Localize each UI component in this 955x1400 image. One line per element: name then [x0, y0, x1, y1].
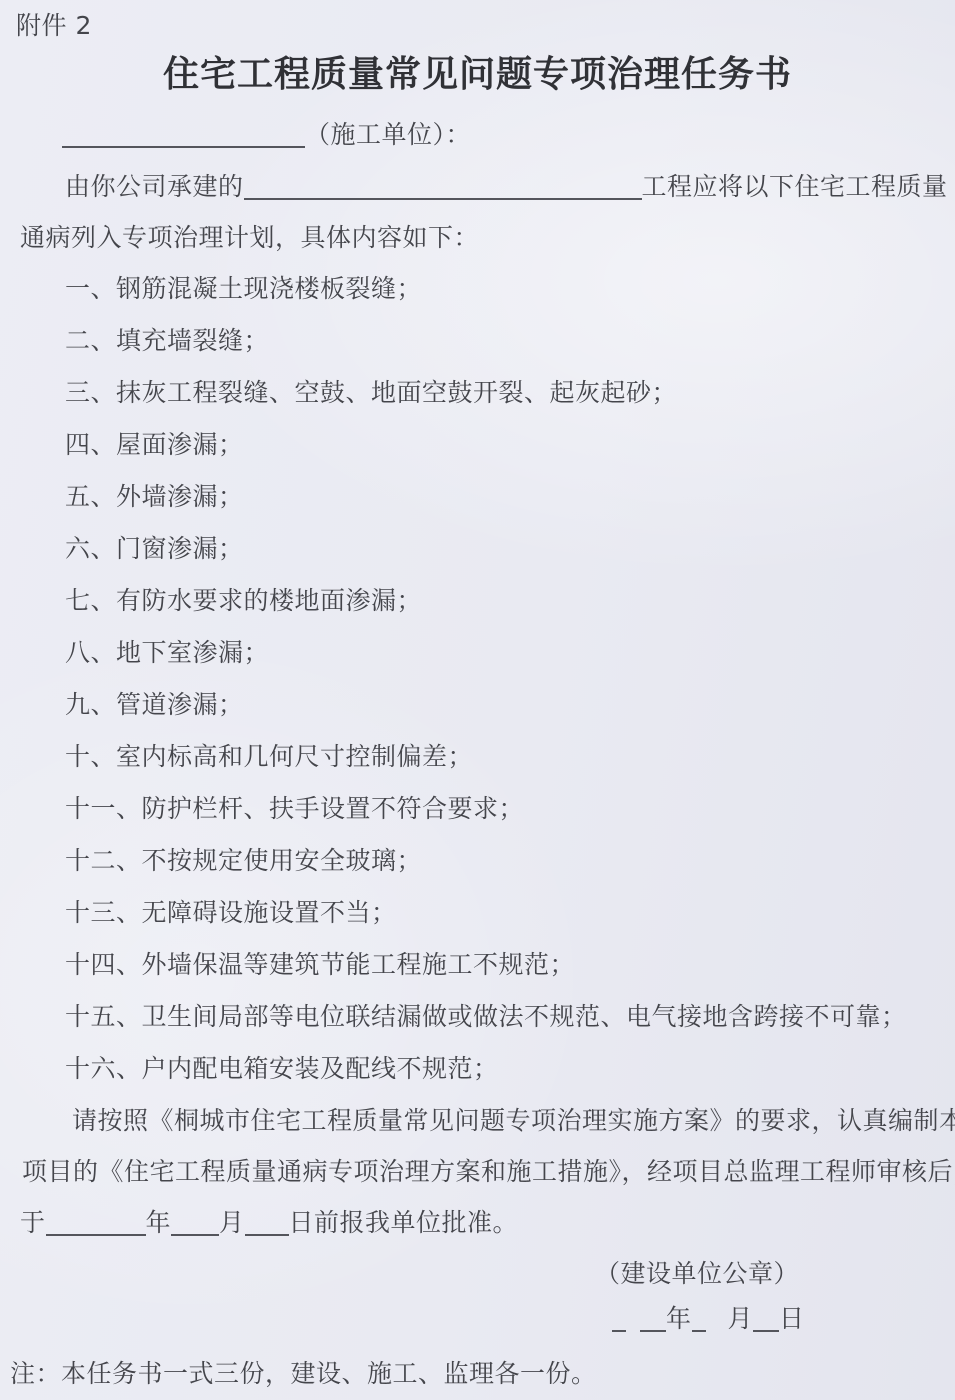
intro-suffix: 工程应将以下住宅工程质量: [642, 172, 948, 201]
list-item: 十五、卫生间局部等电位联结漏做或做法不规范、电气接地含跨接不可靠；: [65, 1003, 955, 1030]
defect-item-list: 一、钢筋混凝土现浇楼板裂缝； 二、填充墙裂缝； 三、抹灰工程裂缝、空鼓、地面空鼓…: [0, 275, 955, 1082]
recipient-name-blank: [62, 121, 305, 148]
list-item: 五、外墙渗漏；: [65, 483, 955, 510]
attachment-label: 附件 2: [16, 12, 955, 39]
list-item: 十六、户内配电箱安装及配线不规范；: [65, 1055, 955, 1082]
approval-day-blank: [245, 1209, 289, 1236]
recipient-label: （施工单位）：: [305, 120, 471, 149]
list-item: 四、屋面渗漏；: [65, 431, 955, 458]
approval-month-blank: [171, 1209, 219, 1236]
signature-date-line: 年月日: [612, 1305, 955, 1332]
document-title: 住宅工程质量常见问题专项治理任务书: [0, 55, 955, 95]
intro-prefix: 由你公司承建的: [65, 172, 244, 201]
list-item: 六、门窗渗漏；: [65, 535, 955, 562]
project-name-blank: [244, 173, 642, 200]
approval-prefix: 于: [20, 1208, 46, 1237]
closing-paragraph-line1: 请按照《桐城市住宅工程质量常见问题专项治理实施方案》的要求，认真编制本: [72, 1107, 955, 1134]
sign-date-blank-1: [612, 1305, 626, 1332]
approval-year-blank: [46, 1209, 146, 1236]
list-item: 九、管道渗漏；: [65, 691, 955, 718]
list-item: 七、有防水要求的楼地面渗漏；: [65, 587, 955, 614]
sign-date-blank-3: [692, 1305, 706, 1332]
intro-line: 由你公司承建的工程应将以下住宅工程质量: [65, 173, 955, 200]
approval-suffix: 日前报我单位批准。: [289, 1208, 519, 1237]
approval-year-label: 年: [146, 1208, 172, 1237]
closing-paragraph-line2: 项目的《住宅工程质量通病专项治理方案和施工措施》，经项目总监理工程师审核后，: [22, 1158, 955, 1185]
sign-date-blank-2: [640, 1305, 666, 1332]
approval-deadline-line: 于年月日前报我单位批准。: [20, 1209, 955, 1236]
sign-date-day-label: 日: [779, 1304, 805, 1333]
recipient-line: （施工单位）：: [62, 121, 955, 148]
construction-unit-seal-label: （建设单位公章）: [595, 1260, 955, 1287]
list-item: 二、填充墙裂缝；: [65, 327, 955, 354]
approval-month-label: 月: [219, 1208, 245, 1237]
sign-date-blank-4: [753, 1305, 779, 1332]
list-item: 十二、不按规定使用安全玻璃；: [65, 847, 955, 874]
list-item: 十一、防护栏杆、扶手设置不符合要求；: [65, 795, 955, 822]
intro-continuation: 通病列入专项治理计划，具体内容如下：: [20, 224, 955, 251]
footer-note: 注：本任务书一式三份，建设、施工、监理各一份。: [10, 1360, 955, 1387]
list-item: 十、室内标高和几何尺寸控制偏差；: [65, 743, 955, 770]
list-item: 八、地下室渗漏；: [65, 639, 955, 666]
list-item: 三、抹灰工程裂缝、空鼓、地面空鼓开裂、起灰起砂；: [65, 379, 955, 406]
sign-date-year-label: 年: [666, 1304, 692, 1333]
list-item: 十四、外墙保温等建筑节能工程施工不规范；: [65, 951, 955, 978]
scanned-document-page: 附件 2 住宅工程质量常见问题专项治理任务书 （施工单位）： 由你公司承建的工程…: [0, 0, 955, 1400]
sign-date-month-label: 月: [728, 1304, 754, 1333]
list-item: 一、钢筋混凝土现浇楼板裂缝；: [65, 275, 955, 302]
list-item: 十三、无障碍设施设置不当；: [65, 899, 955, 926]
